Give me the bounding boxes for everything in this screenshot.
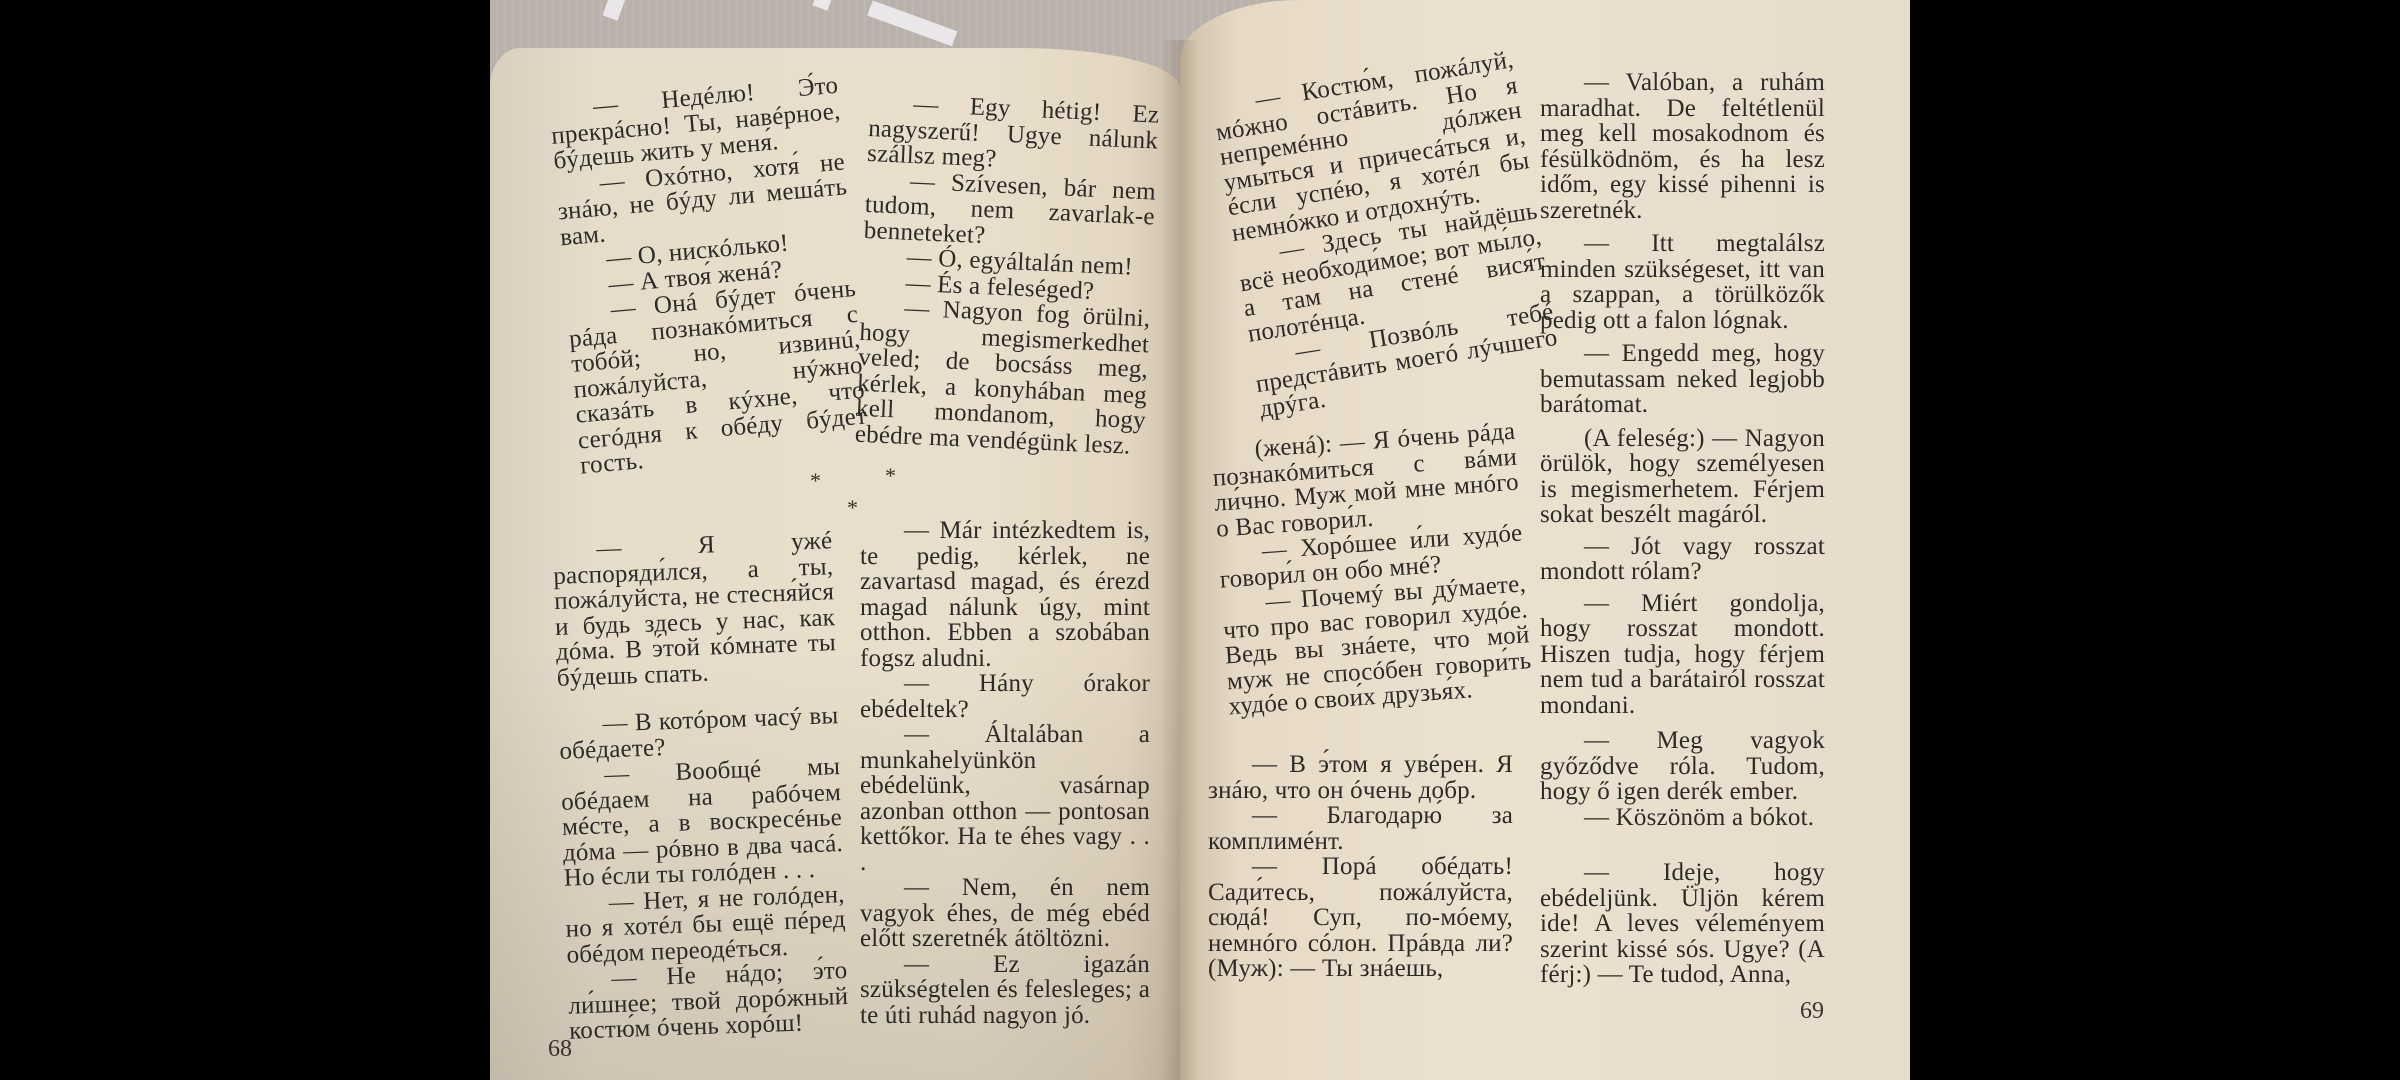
right-page: — Костю́м, пожáлуй, мóжно остáвить. Но я… — [1180, 0, 1910, 1080]
paragraph: — Порá обéдать! Сади́тесь, пожáлуйста, с… — [1208, 854, 1513, 982]
page-number: 69 — [1800, 998, 1824, 1025]
paragraph: — Engedd meg, hogy bemutassam neked legj… — [1540, 341, 1825, 418]
left-page-russian-column-top: — Недéлю! Э́то прекрáсно! Ты, навéрное, … — [548, 73, 870, 479]
right-page-hungarian-column-top: — Valóban, a ruhám maradhat. De feltétle… — [1540, 70, 1825, 718]
paragraph: — Valóban, a ruhám maradhat. De feltétle… — [1540, 70, 1825, 223]
paragraph: — Почемý вы дýмаете, что про вас говори́… — [1221, 571, 1534, 719]
right-page-hungarian-column-bottom: — Meg vagyok győződve róla. Tudom, hogy … — [1540, 728, 1825, 988]
paragraph: — Hány órakor ebédeltek? — [860, 671, 1150, 722]
paragraph: — Meg vagyok győződve róla. Tudom, hogy … — [1540, 728, 1825, 805]
paragraph: — Nem, én nem vagyok éhes, de még ebéd e… — [860, 875, 1150, 952]
paragraph: — Ez igazán szükségtelen és felesleges; … — [860, 952, 1150, 1029]
book-gutter — [1160, 40, 1200, 1080]
right-page-russian-column-middle: (женá): — Я óчень рáда познакóмиться с в… — [1210, 419, 1534, 720]
section-separator: * — [847, 495, 858, 521]
paragraph: — Egy hétig! Ez nagyszerű! Ugye nálunk s… — [867, 90, 1160, 179]
page-number: 68 — [548, 1036, 572, 1063]
paragraph: — Nagyon fog örülni, hogy megismerkedhet… — [854, 294, 1150, 460]
paragraph: — Я ужé распоряди́лся, а ты, пожáлуйста,… — [552, 528, 837, 691]
paragraph: — Miért gondolja, hogy rosszat mondott. … — [1540, 591, 1825, 719]
paragraph: — Вообщé мы обéдаем на рабóчем мéсте, а … — [560, 754, 844, 891]
section-separator: * — [885, 463, 896, 489]
right-page-russian-column-bottom: — В э́том я увéрен. Я знáю, что он óчень… — [1208, 752, 1513, 982]
left-page-hungarian-column-top: — Egy hétig! Ez nagyszerű! Ugye nálunk s… — [854, 90, 1159, 459]
paragraph: — В э́том я увéрен. Я знáю, что он óчень… — [1208, 752, 1513, 803]
right-page-russian-column-top: — Костю́м, пожáлуй, мóжно остáвить. Но я… — [1210, 47, 1563, 422]
paragraph: — Már intézkedtem is, te pedig, kérlek, … — [860, 518, 1150, 671]
paragraph: — Не нáдо; э́то ли́шнее; твой дорóжный к… — [567, 958, 849, 1044]
paragraph: — Itt megtalálsz minden szükségeset, itt… — [1540, 231, 1825, 333]
left-page-russian-column-bottom: — Я ужé распоряди́лся, а ты, пожáлуйста,… — [552, 528, 850, 1044]
paragraph: — Szívesen, bár nem tudom, nem zavarlak-… — [863, 166, 1156, 255]
paragraph: — Благодарю́ за комплимéнт. — [1208, 803, 1513, 854]
left-page: — Недéлю! Э́то прекрáсно! Ты, навéрное, … — [490, 48, 1180, 1080]
paragraph: — Köszönöm a bókot. — [1540, 805, 1825, 831]
paragraph: — Нет, я не голóден, но я хотéл бы ещё п… — [564, 882, 846, 968]
section-separator: * — [810, 468, 821, 494]
paragraph: — Ideje, hogy ebédeljünk. Üljön kérem id… — [1540, 860, 1825, 988]
book-photo: — Недéлю! Э́то прекрáсно! Ты, навéрное, … — [490, 0, 1910, 1080]
left-page-hungarian-column-bottom: — Már intézkedtem is, te pedig, kérlek, … — [860, 518, 1150, 1028]
paragraph: (A feleség:) — Nagyon örülök, hogy szemé… — [1540, 426, 1825, 528]
paragraph: — Онá бýдет óчень рáда познакóмиться с т… — [566, 276, 870, 479]
paragraph: — Általában a munkahelyünkön ebédelünk, … — [860, 722, 1150, 875]
paragraph: — Jót vagy rosszat mondott rólam? — [1540, 534, 1825, 585]
